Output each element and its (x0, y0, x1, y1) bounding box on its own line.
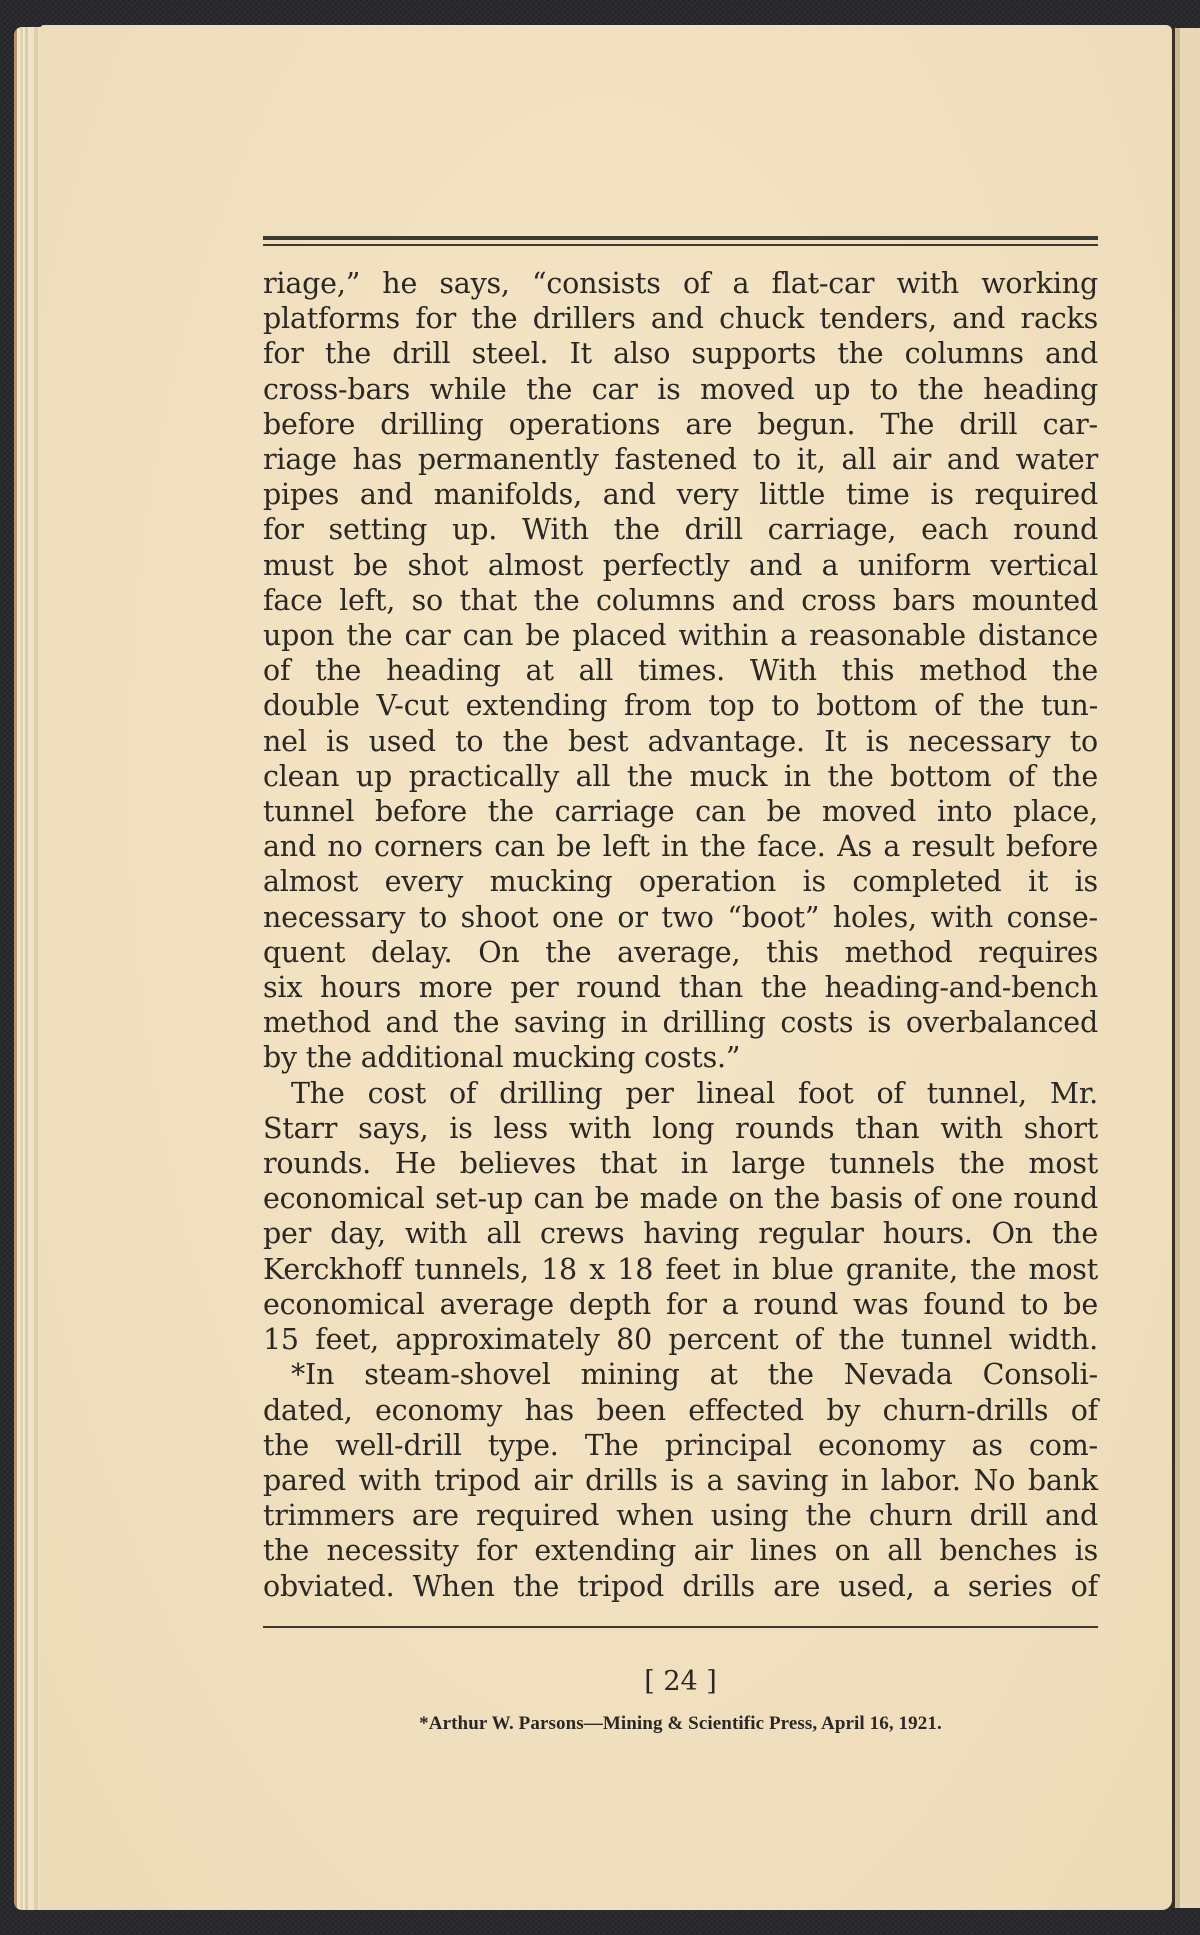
text-line: for the drill steel. It also supports th… (263, 336, 1098, 371)
text-line: rounds. He believes that in large tunnel… (263, 1146, 1098, 1181)
text-line: *In steam-shovel mining at the Nevada Co… (263, 1357, 1098, 1392)
text-line: of the heading at all times. With this m… (263, 653, 1098, 688)
text-line: face left, so that the columns and cross… (263, 583, 1098, 618)
text-line: six hours more per round than the headin… (263, 970, 1098, 1005)
text-line: Kerckhoff tunnels, 18 x 18 feet in blue … (263, 1252, 1098, 1287)
text-line: pipes and manifolds, and very little tim… (263, 477, 1098, 512)
text-line: tunnel before the carriage can be moved … (263, 794, 1098, 829)
body-text: riage,” he says, “consists of a flat-car… (263, 266, 1098, 1604)
text-line: method and the saving in drilling costs … (263, 1005, 1098, 1040)
text-line: upon the car can be placed within a reas… (263, 618, 1098, 653)
facing-page-edge (1172, 28, 1200, 1908)
text-line: trimmers are required when using the chu… (263, 1498, 1098, 1533)
text-line: 15 feet, approximately 80 percent of the… (263, 1322, 1098, 1357)
text-line: necessary to shoot one or two “boot” hol… (263, 900, 1098, 935)
text-line: Starr says, is less with long rounds tha… (263, 1111, 1098, 1146)
paragraph-1: riage,” he says, “consists of a flat-car… (263, 266, 1098, 1076)
text-line: quent delay. On the average, this method… (263, 935, 1098, 970)
text-line: cross-bars while the car is moved up to … (263, 372, 1098, 407)
text-line: by the additional mucking costs.” (263, 1040, 1098, 1075)
page-number: [ 24 ] (0, 1666, 1200, 1697)
paragraph-2: The cost of drilling per lineal foot of … (263, 1076, 1098, 1358)
text-line: the necessity for extending air lines on… (263, 1533, 1098, 1568)
footnote: *Arthur W. Parsons—Mining & Scientific P… (0, 1713, 1200, 1735)
text-line: for setting up. With the drill carriage,… (263, 512, 1098, 547)
text-line: economical set-up can be made on the bas… (263, 1181, 1098, 1216)
text-line: clean up practically all the muck in the… (263, 759, 1098, 794)
text-line: The cost of drilling per lineal foot of … (263, 1076, 1098, 1111)
text-line: obviated. When the tripod drills are use… (263, 1569, 1098, 1604)
text-line: almost every mucking operation is comple… (263, 864, 1098, 899)
text-line: riage,” he says, “consists of a flat-car… (263, 266, 1098, 301)
header-rule-thick (263, 236, 1098, 240)
text-line: economical average depth for a round was… (263, 1287, 1098, 1322)
text-line: platforms for the drillers and chuck ten… (263, 301, 1098, 336)
header-rule-thin (263, 244, 1098, 246)
text-line: riage has permanently fastened to it, al… (263, 442, 1098, 477)
text-line: nel is used to the best advantage. It is… (263, 724, 1098, 759)
text-line: per day, with all crews having regular h… (263, 1216, 1098, 1251)
text-line: before drilling operations are begun. Th… (263, 407, 1098, 442)
text-line: double V-cut extending from top to botto… (263, 688, 1098, 723)
text-line: pared with tripod air drills is a saving… (263, 1463, 1098, 1498)
text-line: and no corners can be left in the face. … (263, 829, 1098, 864)
text-line: dated, economy has been effected by chur… (263, 1393, 1098, 1428)
paragraph-3: *In steam-shovel mining at the Nevada Co… (263, 1357, 1098, 1603)
footer-rule (263, 1626, 1098, 1628)
text-line: the well-drill type. The principal econo… (263, 1428, 1098, 1463)
text-line: must be shot almost perfectly and a unif… (263, 548, 1098, 583)
